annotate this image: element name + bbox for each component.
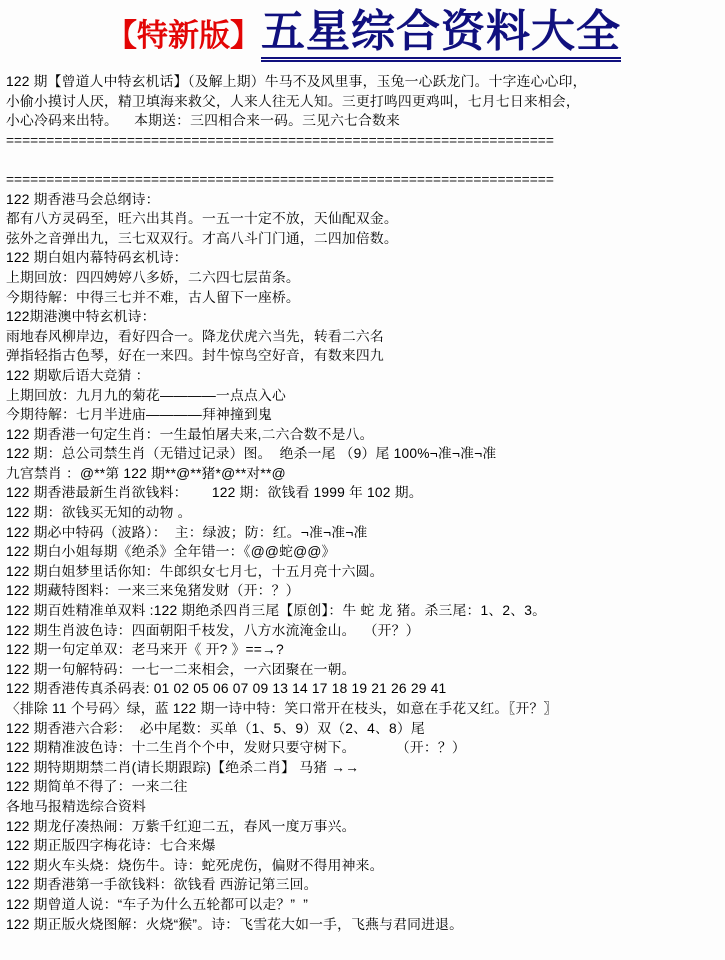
text-line: 122 期香港一句定生肖：一生最怕屠夫来,二六合数不是八。 bbox=[6, 425, 723, 445]
section-heading: 各地马报精选综合资料 bbox=[6, 797, 723, 817]
section-heading: 122 期香港马会总纲诗： bbox=[6, 190, 723, 210]
section-heading: 122 期歇后语大竞猜 ： bbox=[6, 366, 723, 386]
text-line: 122 期【曾道人中特玄机话】（及解上期）牛马不及风里事，玉兔一心跃龙门。十字连… bbox=[6, 72, 723, 92]
text-line: 上期回放：四四娉婷八多娇，二六四七层苗条。 bbox=[6, 268, 723, 288]
text-line: 弹指轻指古色琴，好在一来四。封牛惊鸟空好音，有数来四九 bbox=[6, 346, 723, 366]
text-line: 今期待解：七月半进庙————拜神撞到鬼 bbox=[6, 405, 723, 425]
text-line: 122 期正版火烧图解：火烧“猴”。诗：飞雪花大如一手，飞燕与君同进退。 bbox=[6, 915, 723, 935]
section-heading: 122 期白姐内幕特码玄机诗： bbox=[6, 248, 723, 268]
text-line: 122 期龙仔凑热闹：万紫千红迎二五，春风一度万事兴。 bbox=[6, 817, 723, 837]
text-line: 122 期百姓精准单双料 :122 期绝杀四肖三尾【原创】：牛 蛇 龙 猪。杀三… bbox=[6, 601, 723, 621]
text-line: 122 期香港六合彩： 必中尾数：买单（1、5、9）双（2、4、8）尾 bbox=[6, 719, 723, 739]
text-line: 122 期：欲钱买无知的动物 。 bbox=[6, 503, 723, 523]
separator-line: ========================================… bbox=[6, 131, 723, 151]
text-line: 122 期：总公司禁生肖（无错过记录）图。 绝杀一尾 （9）尾 100%¬准¬准… bbox=[6, 444, 723, 464]
text-line: 雨地春风柳岸边，看好四合一。降龙伏虎六当先，转看二六名 bbox=[6, 327, 723, 347]
separator-line: ========================================… bbox=[6, 170, 723, 190]
section-heading: 122期港澳中特玄机诗： bbox=[6, 307, 723, 327]
edition-tag: 【特新版】 bbox=[106, 18, 261, 53]
text-line: 122 期香港最新生肖欲钱料： 122 期：欲钱看 1999 年 102 期。 bbox=[6, 483, 723, 503]
text-line: 122 期精准波色诗：十二生肖个个中，发财只要守树下。 （开：？） bbox=[6, 738, 723, 758]
lottery-info-sheet: 【特新版】五星综合资料大全 122 期【曾道人中特玄机话】（及解上期）牛马不及风… bbox=[0, 0, 725, 934]
text-line: 小心冷码来出特。 本期送：三四相合来一码。三见六七合数来 bbox=[6, 111, 723, 131]
text-line: 小偷小摸讨人厌，精卫填海来救父，人来人往无人知。三更打鸣四更鸡叫，七月七日来相会… bbox=[6, 92, 723, 112]
text-line: 122 期正版四字梅花诗：七合来爆 bbox=[6, 836, 723, 856]
text-line: 都有八方灵码至，旺六出其肖。一五一十定不放，天仙配双金。 bbox=[6, 209, 723, 229]
text-line: 122 期一句定单双：老马来开《 开? 》==→? bbox=[6, 640, 723, 660]
text-line: 122 期白姐梦里话你知：牛郎织女七月七，十五月亮十六圆。 bbox=[6, 562, 723, 582]
text-body: 122 期【曾道人中特玄机话】（及解上期）牛马不及风里事，玉兔一心跃龙门。十字连… bbox=[4, 72, 723, 934]
page-title: 五星综合资料大全 bbox=[261, 7, 621, 62]
text-line: 今期待解：中得三七并不难，古人留下一座桥。 bbox=[6, 288, 723, 308]
blank-line bbox=[6, 150, 723, 170]
text-line: 上期回放：九月九的菊花————一点点入心 bbox=[6, 386, 723, 406]
text-line: 122 期一句解特码：一七一二来相会，一六团聚在一朝。 bbox=[6, 660, 723, 680]
page-header: 【特新版】五星综合资料大全 bbox=[4, 4, 723, 72]
text-line: 〈排除 11 个号码〉绿，蓝 122 期一诗中特：笑口常开在枝头，如意在手花又红… bbox=[6, 699, 723, 719]
text-line: 122 期特期期禁二肖(请长期跟踪)【绝杀二肖】 马猪 →→ bbox=[6, 758, 723, 778]
text-line: 弦外之音弹出九，三七双双行。才高八斗门门通，二四加倍数。 bbox=[6, 229, 723, 249]
text-line: 122 期必中特码（波路）： 主：绿波；防：红。¬准¬准¬准 bbox=[6, 523, 723, 543]
text-line: 122 期火车头烧：烧伤牛。诗：蛇死虎伤，偏财不得用神来。 bbox=[6, 856, 723, 876]
text-line: 122 期香港传真杀码表: 01 02 05 06 07 09 13 14 17… bbox=[6, 679, 723, 699]
text-line: 122 期曾道人说：“车子为什么五轮都可以走？” ” bbox=[6, 895, 723, 915]
text-line: 122 期香港第一手欲钱料：欲钱看 西游记第三回。 bbox=[6, 875, 723, 895]
text-line: 九宫禁肖 ：@**第 122 期**@**猪*@**对**@ bbox=[6, 464, 723, 484]
text-line: 122 期藏特图料：一来三来兔猪发财（开：？） bbox=[6, 581, 723, 601]
text-line: 122 期白小姐每期《绝杀》全年错一：《@@蛇@@》 bbox=[6, 542, 723, 562]
text-line: 122 期生肖波色诗：四面朝阳千枝发，八方水流淹金山。 （开？） bbox=[6, 621, 723, 641]
text-line: 122 期简单不得了：一来二往 bbox=[6, 777, 723, 797]
